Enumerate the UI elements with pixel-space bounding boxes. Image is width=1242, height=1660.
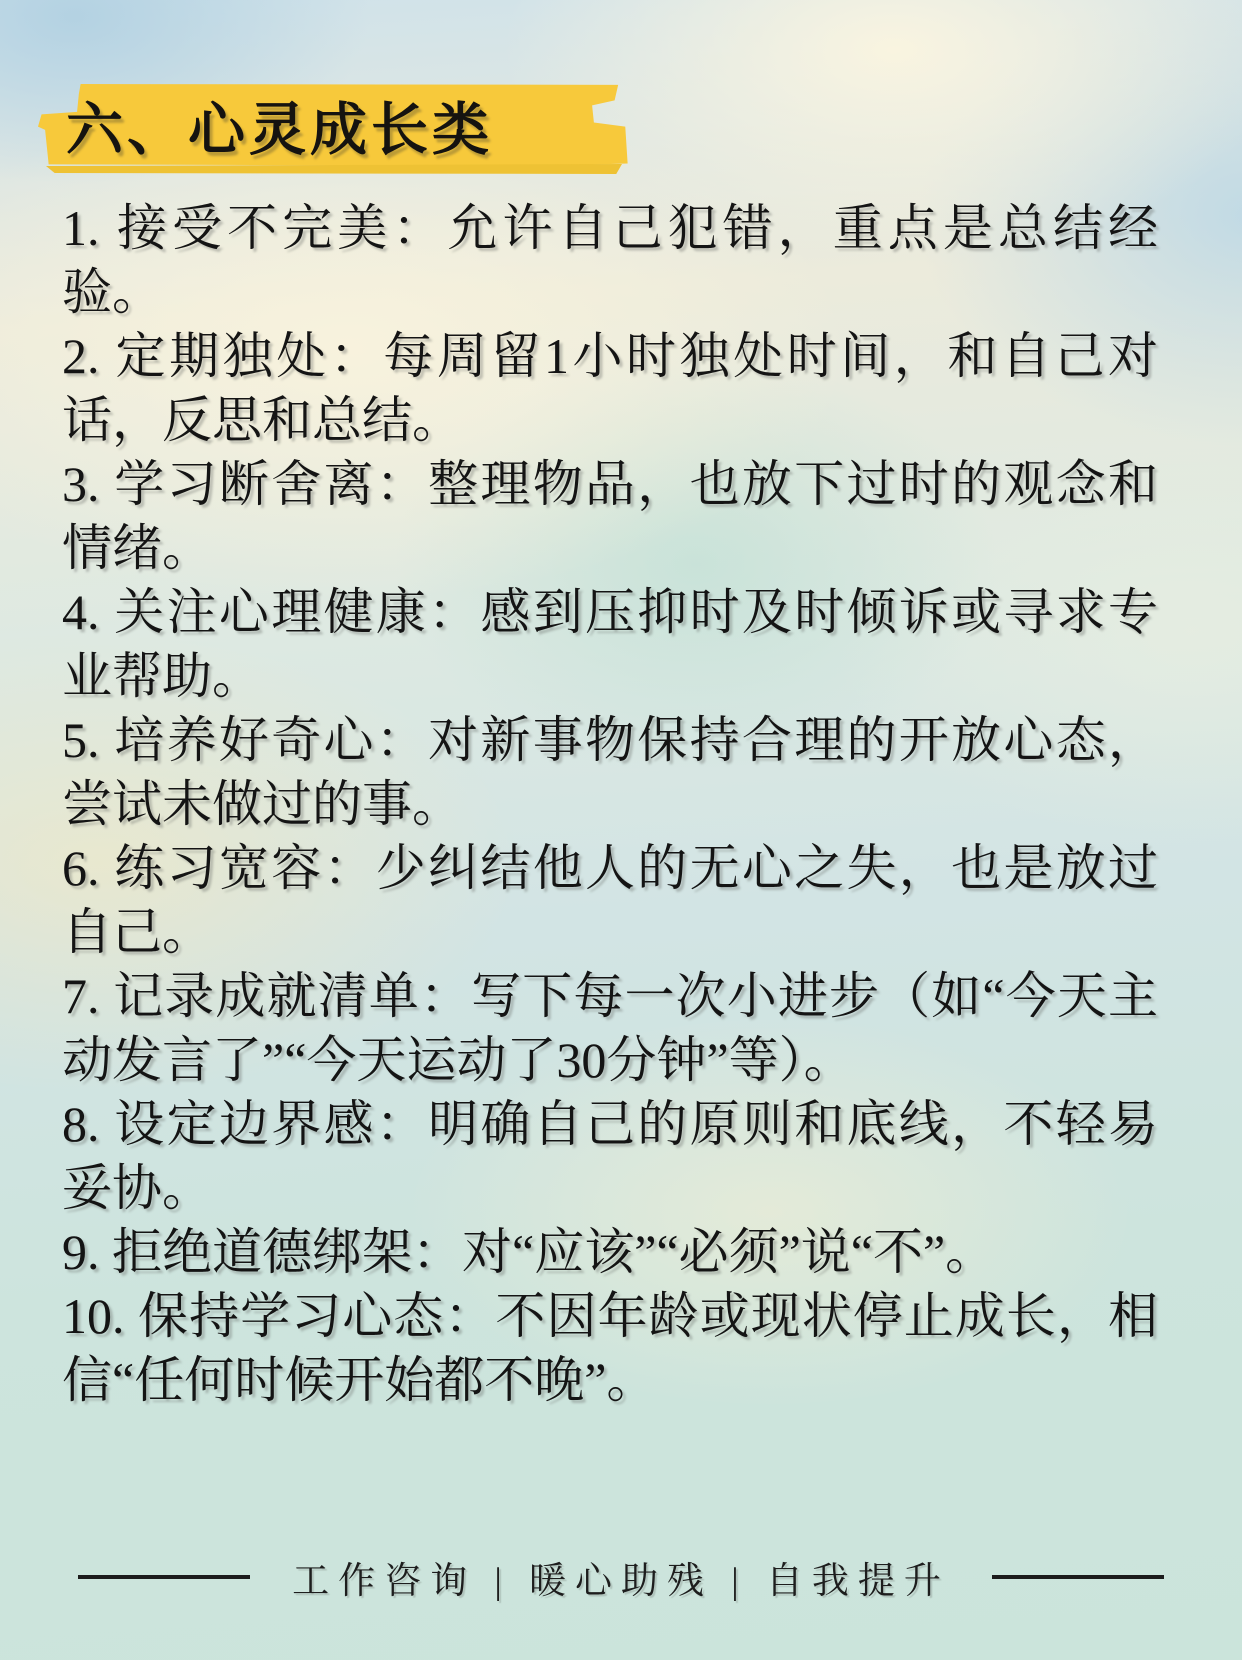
tips-list: 1. 接受不完美：允许自己犯错，重点是总结经验。2. 定期独处：每周留1小时独处…: [62, 196, 1158, 1412]
infographic-page: 六、心灵成长类 1. 接受不完美：允许自己犯错，重点是总结经验。2. 定期独处：…: [0, 0, 1242, 1660]
list-item: 4. 关注心理健康：感到压抑时及时倾诉或寻求专业帮助。: [62, 580, 1158, 708]
footer-tagline: 工作咨询 | 暖心助残 | 自我提升: [292, 1550, 950, 1604]
list-item: 9. 拒绝道德绑架：对“应该”“必须”说“不”。: [62, 1220, 1158, 1284]
list-item: 3. 学习断舍离：整理物品，也放下过时的观念和情绪。: [62, 452, 1158, 580]
footer-rule-right: [992, 1575, 1164, 1579]
footer: 工作咨询 | 暖心助残 | 自我提升: [0, 1550, 1242, 1604]
list-item: 1. 接受不完美：允许自己犯错，重点是总结经验。: [62, 196, 1158, 324]
list-item: 7. 记录成就清单：写下每一次小进步（如“今天主动发言了”“今天运动了30分钟”…: [62, 964, 1158, 1092]
list-item: 10. 保持学习心态：不因年龄或现状停止成长，相信“任何时候开始都不晚”。: [62, 1284, 1158, 1412]
footer-rule-left: [78, 1575, 250, 1579]
list-item: 2. 定期独处：每周留1小时独处时间，和自己对话，反思和总结。: [62, 324, 1158, 452]
list-item: 8. 设定边界感：明确自己的原则和底线，不轻易妥协。: [62, 1092, 1158, 1220]
page-title: 六、心灵成长类: [66, 84, 493, 166]
list-item: 5. 培养好奇心：对新事物保持合理的开放心态，尝试未做过的事。: [62, 708, 1158, 836]
title-block: 六、心灵成长类: [38, 84, 630, 166]
list-item: 6. 练习宽容：少纠结他人的无心之失，也是放过自己。: [62, 836, 1158, 964]
